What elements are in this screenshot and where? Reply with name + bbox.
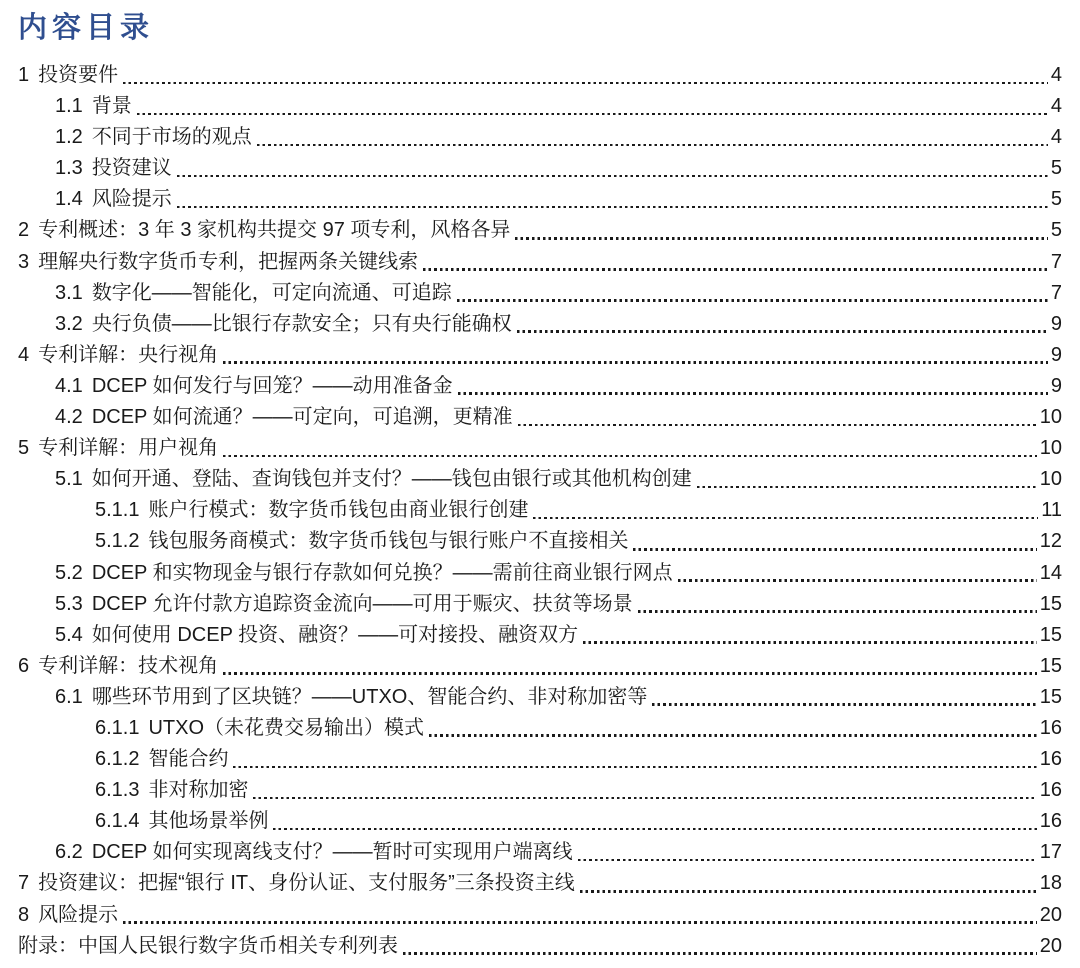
toc-dot-leader [253,797,1036,800]
toc-page-number: 4 [1051,60,1062,91]
toc-entry-label: 专利概述：3 年 3 家机构共提交 97 项专利，风格各异 [38,215,510,246]
toc-entry-label: UTXO（未花费交易输出）模式 [148,713,424,744]
toc-dot-leader [580,890,1037,893]
toc-entry[interactable]: 6专利详解：技术视角15 [18,651,1062,682]
toc-entry[interactable]: 1.2不同于市场的观点4 [18,122,1062,153]
toc-entry-label: 央行负债——比银行存款安全；只有央行能确权 [92,309,512,340]
toc-dot-leader [403,952,1037,955]
toc-dot-leader [578,859,1037,862]
toc-entry-label: 数字化——智能化，可定向流通、可追踪 [92,278,452,309]
toc-entry-number: 5.1 [55,464,83,495]
toc-entry[interactable]: 6.2DCEP 如何实现离线支付？——暂时可实现用户端离线17 [18,837,1062,868]
toc-entry[interactable]: 5.1如何开通、登陆、查询钱包并支付？——钱包由银行或其他机构创建10 [18,464,1062,495]
toc-dot-leader [137,113,1048,116]
toc-page-number: 14 [1040,558,1062,589]
toc-dot-leader [423,268,1048,271]
toc-dot-leader [533,517,1038,520]
toc-page-number: 9 [1051,340,1062,371]
toc-entry-number: 6.1.1 [95,713,139,744]
page-title: 内容目录 [18,10,1062,46]
toc-page-number: 5 [1051,184,1062,215]
toc-entry[interactable]: 1.4风险提示5 [18,184,1062,215]
toc-entry-number: 5.2 [55,558,83,589]
toc-entry-number: 3 [18,247,29,278]
toc-entry-label: 附录：中国人民银行数字货币相关专利列表 [18,931,398,962]
toc-dot-leader [457,299,1048,302]
toc-entry-label: 不同于市场的观点 [92,122,252,153]
toc-entry-label: 投资要件 [38,60,118,91]
toc-entry[interactable]: 2专利概述：3 年 3 家机构共提交 97 项专利，风格各异5 [18,215,1062,246]
toc-entry-label: 风险提示 [92,184,172,215]
toc-dot-leader [429,734,1037,737]
toc-page-number: 10 [1040,433,1062,464]
toc-dot-leader [233,766,1036,769]
toc-entry-number: 5.3 [55,589,83,620]
toc-page-number: 15 [1040,682,1062,713]
toc-entry-number: 1.3 [55,153,83,184]
toc-page-number: 15 [1040,651,1062,682]
toc-entry-label: DCEP 如何流通？——可定向，可追溯，更精准 [92,402,513,433]
toc-entry[interactable]: 7投资建议：把握“银行 IT、身份认证、支付服务”三条投资主线18 [18,868,1062,899]
toc-entry-label: 账户行模式：数字货币钱包由商业银行创建 [148,495,528,526]
toc-entry[interactable]: 5.4如何使用 DCEP 投资、融资？——可对接投、融资双方15 [18,620,1062,651]
toc-page-number: 18 [1040,868,1062,899]
toc-dot-leader [273,828,1036,831]
toc-entry-number: 5.1.2 [95,526,139,557]
toc-entry-number: 5 [18,433,29,464]
toc-entry[interactable]: 1.3投资建议5 [18,153,1062,184]
toc-dot-leader [652,703,1036,706]
toc-entry-number: 1 [18,60,29,91]
toc-entry[interactable]: 5.2DCEP 和实物现金与银行存款如何兑换？——需前往商业银行网点14 [18,558,1062,589]
toc-dot-leader [123,921,1037,924]
toc-entry-label: 专利详解：央行视角 [38,340,218,371]
toc-entry-number: 6 [18,651,29,682]
toc-entry[interactable]: 4.1DCEP 如何发行与回笼？——动用准备金9 [18,371,1062,402]
toc-dot-leader [223,455,1037,458]
toc-dot-leader [223,361,1048,364]
toc-entry-number: 3.1 [55,278,83,309]
toc-entry[interactable]: 8风险提示20 [18,900,1062,931]
toc-page-number: 7 [1051,278,1062,309]
toc-entry-number: 6.1 [55,682,83,713]
toc-entry-number: 5.1.1 [95,495,139,526]
toc-entry[interactable]: 1投资要件4 [18,60,1062,91]
toc-page-number: 10 [1040,464,1062,495]
toc-page-number: 4 [1051,91,1062,122]
toc-entry-label: DCEP 允许付款方追踪资金流向——可用于赈灾、扶贫等场景 [92,589,633,620]
toc-entry-number: 1.4 [55,184,83,215]
toc-entry-number: 1.2 [55,122,83,153]
toc-entry-number: 4.1 [55,371,83,402]
toc-entry[interactable]: 3.1数字化——智能化，可定向流通、可追踪7 [18,278,1062,309]
toc-entry-label: 风险提示 [38,900,118,931]
toc-entry[interactable]: 6.1.1UTXO（未花费交易输出）模式16 [18,713,1062,744]
toc-entry[interactable]: 5.1.1账户行模式：数字货币钱包由商业银行创建11 [18,495,1062,526]
toc-entry-label: 背景 [92,91,132,122]
toc-entry-number: 6.2 [55,837,83,868]
toc-entry-label: DCEP 如何实现离线支付？——暂时可实现用户端离线 [92,837,573,868]
toc-page-number: 4 [1051,122,1062,153]
toc-page-number: 5 [1051,153,1062,184]
toc-entry[interactable]: 4专利详解：央行视角9 [18,340,1062,371]
toc-entry-label: 非对称加密 [148,775,248,806]
toc-entry-label: DCEP 和实物现金与银行存款如何兑换？——需前往商业银行网点 [92,558,673,589]
toc-entry[interactable]: 3理解央行数字货币专利，把握两条关键线索7 [18,247,1062,278]
toc-page-number: 15 [1040,589,1062,620]
toc-entry-label: 理解央行数字货币专利，把握两条关键线索 [38,247,418,278]
toc-dot-leader [177,175,1048,178]
toc-entry-number: 4.2 [55,402,83,433]
toc-page-number: 16 [1040,775,1062,806]
toc-entry-number: 6.1.2 [95,744,139,775]
toc-page-number: 12 [1040,526,1062,557]
toc-entry[interactable]: 3.2央行负债——比银行存款安全；只有央行能确权9 [18,309,1062,340]
toc-dot-leader [123,82,1048,85]
toc-page-number: 7 [1051,247,1062,278]
toc-entry[interactable]: 5.1.2钱包服务商模式：数字货币钱包与银行账户不直接相关12 [18,526,1062,557]
toc-entry-label: 投资建议 [92,153,172,184]
toc-dot-leader [177,206,1048,209]
toc-entry[interactable]: 6.1.4其他场景举例16 [18,806,1062,837]
toc-page-number: 20 [1040,931,1062,962]
toc-entry-number: 6.1.3 [95,775,139,806]
toc-entry-label: 投资建议：把握“银行 IT、身份认证、支付服务”三条投资主线 [38,868,575,899]
toc-dot-leader [518,424,1037,427]
toc-entry-number: 8 [18,900,29,931]
toc-entry[interactable]: 5专利详解：用户视角10 [18,433,1062,464]
toc-entry-number: 1.1 [55,91,83,122]
toc-page-number: 17 [1040,837,1062,868]
toc-dot-leader [583,641,1037,644]
toc-list: 1投资要件41.1背景41.2不同于市场的观点41.3投资建议51.4风险提示5… [18,60,1062,962]
toc-entry[interactable]: 附录：中国人民银行数字货币相关专利列表20 [18,931,1062,962]
toc-dot-leader [458,392,1048,395]
toc-entry-label: DCEP 如何发行与回笼？——动用准备金 [92,371,453,402]
toc-page-number: 9 [1051,371,1062,402]
toc-page-number: 9 [1051,309,1062,340]
toc-entry-label: 其他场景举例 [148,806,268,837]
toc-dot-leader [257,144,1048,147]
toc-entry[interactable]: 4.2DCEP 如何流通？——可定向，可追溯，更精准10 [18,402,1062,433]
toc-page-number: 10 [1040,402,1062,433]
toc-entry[interactable]: 5.3DCEP 允许付款方追踪资金流向——可用于赈灾、扶贫等场景15 [18,589,1062,620]
toc-page-number: 5 [1051,215,1062,246]
toc-page: 内容目录 1投资要件41.1背景41.2不同于市场的观点41.3投资建议51.4… [0,0,1080,968]
toc-dot-leader [223,672,1037,675]
toc-dot-leader [697,486,1037,489]
toc-entry-label: 如何开通、登陆、查询钱包并支付？——钱包由银行或其他机构创建 [92,464,692,495]
toc-dot-leader [515,237,1047,240]
toc-page-number: 16 [1040,744,1062,775]
toc-page-number: 16 [1040,806,1062,837]
toc-entry-label: 智能合约 [148,744,228,775]
toc-entry-label: 如何使用 DCEP 投资、融资？——可对接投、融资双方 [92,620,578,651]
toc-entry-label: 钱包服务商模式：数字货币钱包与银行账户不直接相关 [148,526,628,557]
toc-dot-leader [638,610,1037,613]
toc-entry-number: 6.1.4 [95,806,139,837]
toc-page-number: 11 [1041,495,1062,526]
toc-entry-number: 7 [18,868,29,899]
toc-entry-number: 3.2 [55,309,83,340]
toc-entry-number: 4 [18,340,29,371]
toc-dot-leader [633,548,1036,551]
toc-page-number: 16 [1040,713,1062,744]
toc-entry-number: 5.4 [55,620,83,651]
toc-entry-label: 专利详解：技术视角 [38,651,218,682]
toc-entry[interactable]: 6.1.2智能合约16 [18,744,1062,775]
toc-entry-number: 2 [18,215,29,246]
toc-page-number: 20 [1040,900,1062,931]
toc-dot-leader [678,579,1037,582]
toc-entry-label: 专利详解：用户视角 [38,433,218,464]
toc-entry[interactable]: 1.1背景4 [18,91,1062,122]
toc-page-number: 15 [1040,620,1062,651]
toc-entry[interactable]: 6.1哪些环节用到了区块链？——UTXO、智能合约、非对称加密等15 [18,682,1062,713]
toc-entry[interactable]: 6.1.3非对称加密16 [18,775,1062,806]
toc-entry-label: 哪些环节用到了区块链？——UTXO、智能合约、非对称加密等 [92,682,648,713]
toc-dot-leader [517,330,1048,333]
